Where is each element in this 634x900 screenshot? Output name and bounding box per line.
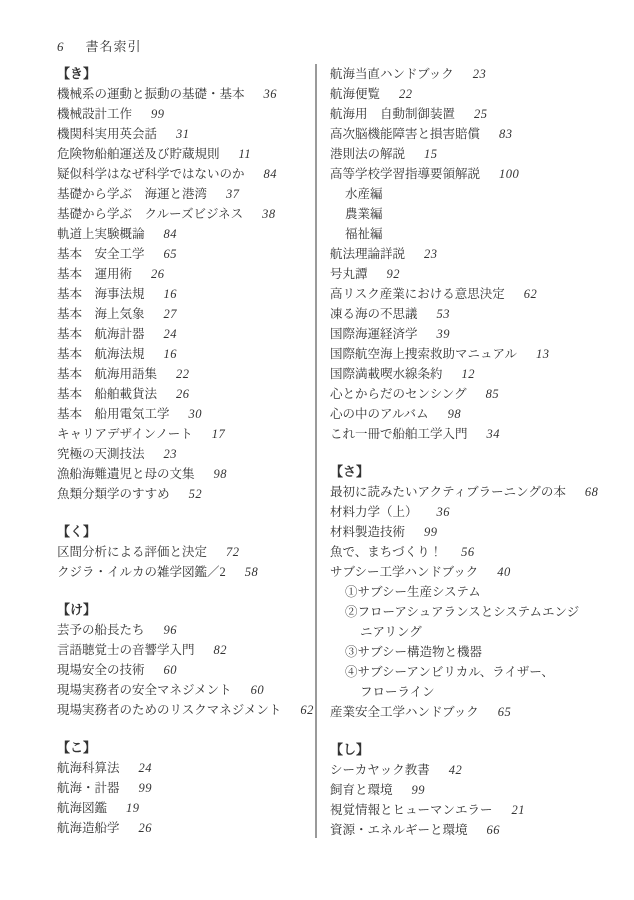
entry-title: 機械設計工作 xyxy=(57,104,132,124)
entry-page-number: 99 xyxy=(424,522,438,542)
index-entry: 疑似科学はなぜ科学ではないのか84 xyxy=(57,164,313,184)
section-heading: 【し】 xyxy=(330,740,630,760)
index-entry: これ一冊で船舶工学入門34 xyxy=(330,424,630,444)
entry-title: 軌道上実験概論 xyxy=(57,224,145,244)
entry-page-number: 58 xyxy=(245,562,259,582)
entry-title: 魚で、まちづくり！ xyxy=(330,542,442,562)
index-entry: 材料力学（上）36 xyxy=(330,502,630,522)
index-entry: 基礎から学ぶ 海運と港湾37 xyxy=(57,184,313,204)
entry-title: 資源・エネルギーと環境 xyxy=(330,820,468,840)
entry-title: 高等学校学習指導要領解説 xyxy=(330,164,480,184)
column-divider xyxy=(315,64,317,838)
index-entry: 産業安全工学ハンドブック65 xyxy=(330,702,630,722)
index-entry: 区間分析による評価と決定72 xyxy=(57,542,313,562)
entry-title: 国際満載喫水線条約 xyxy=(330,364,443,384)
entry-title: 基本 船用電気工学 xyxy=(57,404,170,424)
entry-title: これ一冊で船舶工学入門 xyxy=(330,424,468,444)
entry-title: 現場実務者のためのリスクマネジメント xyxy=(57,700,281,720)
entry-page-number: 72 xyxy=(226,542,240,562)
entry-title: 高次脳機能障害と損害賠償 xyxy=(330,124,480,144)
section-heading: 【さ】 xyxy=(330,462,630,482)
index-section: 【こ】航海科算法24航海・計器99航海図鑑19航海造船学26 xyxy=(57,738,313,838)
entry-title: 機関科実用英会話 xyxy=(57,124,157,144)
entry-title: 基本 安全工学 xyxy=(57,244,145,264)
index-entry: 最初に読みたいアクティブラーニングの本68 xyxy=(330,482,630,502)
index-entry: 現場安全の技術60 xyxy=(57,660,313,680)
index-entry: 究極の天測技法23 xyxy=(57,444,313,464)
index-entry: ④サブシーアンビリカル、ライザー、 xyxy=(330,662,630,682)
index-entry: 芸予の船長たち96 xyxy=(57,620,313,640)
entry-title: サブシー工学ハンドブック xyxy=(330,562,478,582)
entry-title: クジラ・イルカの雑学図鑑／2 xyxy=(57,562,226,582)
entry-page-number: 24 xyxy=(139,758,153,778)
entry-title: 航海・計器 xyxy=(57,778,120,798)
index-section: 【け】芸予の船長たち96言語聴覚士の音響学入門82現場安全の技術60現場実務者の… xyxy=(57,600,313,720)
index-entry: 国際航空海上捜索救助マニュアル13 xyxy=(330,344,630,364)
index-entry: 基本 航海計器24 xyxy=(57,324,313,344)
entry-page-number: 24 xyxy=(164,324,178,344)
index-column-left: 【き】機械系の運動と振動の基礎・基本36機械設計工作99機関科実用英会話31危険… xyxy=(57,64,313,838)
entry-title: 港則法の解説 xyxy=(330,144,405,164)
entry-page-number: 25 xyxy=(474,104,488,124)
entry-title: 危険物船舶運送及び貯蔵規則 xyxy=(57,144,220,164)
entry-page-number: 30 xyxy=(189,404,203,424)
entry-page-number: 68 xyxy=(585,482,599,502)
entry-page-number: 60 xyxy=(164,660,178,680)
entry-page-number: 11 xyxy=(239,144,252,164)
entry-title: 航海図鑑 xyxy=(57,798,107,818)
entry-page-number: 31 xyxy=(176,124,190,144)
index-entry: 心の中のアルバム98 xyxy=(330,404,630,424)
entry-title: 疑似科学はなぜ科学ではないのか xyxy=(57,164,245,184)
entry-title: 最初に読みたいアクティブラーニングの本 xyxy=(330,482,566,502)
index-entry: 機関科実用英会話31 xyxy=(57,124,313,144)
entry-title: キャリアデザインノート xyxy=(57,424,193,444)
entry-title: フローライン xyxy=(360,682,435,702)
index-entry: 航海便覧22 xyxy=(330,84,630,104)
index-entry: 魚類分類学のすすめ52 xyxy=(57,484,313,504)
entry-title: 航海科算法 xyxy=(57,758,120,778)
entry-title: 現場安全の技術 xyxy=(57,660,145,680)
entry-title: 福祉編 xyxy=(345,224,383,244)
entry-page-number: 23 xyxy=(473,64,487,84)
entry-page-number: 66 xyxy=(487,820,501,840)
index-entry: 航海用 自動制御装置25 xyxy=(330,104,630,124)
index-entry: 飼育と環境99 xyxy=(330,780,630,800)
index-column-right: 航海当直ハンドブック23航海便覧22航海用 自動制御装置25高次脳機能障害と損害… xyxy=(330,64,630,840)
index-entry: 資源・エネルギーと環境66 xyxy=(330,820,630,840)
index-entry: 材料製造技術99 xyxy=(330,522,630,542)
entry-title: 言語聴覚士の音響学入門 xyxy=(57,640,195,660)
entry-page-number: 13 xyxy=(536,344,550,364)
index-entry: 国際満載喫水線条約12 xyxy=(330,364,630,384)
entry-page-number: 38 xyxy=(262,204,276,224)
page-number: 6 xyxy=(57,38,64,56)
entry-title: ニアリング xyxy=(360,622,422,642)
entry-page-number: 62 xyxy=(524,284,538,304)
index-entry: 水産編 xyxy=(330,184,630,204)
entry-page-number: 65 xyxy=(498,702,512,722)
entry-page-number: 84 xyxy=(264,164,278,184)
index-entry: 航海当直ハンドブック23 xyxy=(330,64,630,84)
index-entry: 漁船海難遺児と母の文集98 xyxy=(57,464,313,484)
section-heading: 【く】 xyxy=(57,522,313,542)
index-entry: 基本 航海法規16 xyxy=(57,344,313,364)
entry-page-number: 52 xyxy=(189,484,203,504)
entry-title: 航海用 自動制御装置 xyxy=(330,104,455,124)
index-entry: 基本 運用術26 xyxy=(57,264,313,284)
index-entry: 基本 船用電気工学30 xyxy=(57,404,313,424)
entry-page-number: 37 xyxy=(226,184,240,204)
entry-title: 凍る海の不思議 xyxy=(330,304,418,324)
index-entry: 危険物船舶運送及び貯蔵規則11 xyxy=(57,144,313,164)
entry-title: 芸予の船長たち xyxy=(57,620,145,640)
index-entry: ①サブシー生産システム xyxy=(330,582,630,602)
entry-page-number: 26 xyxy=(139,818,153,838)
index-entry: シーカヤック教書42 xyxy=(330,760,630,780)
index-entry: ニアリング xyxy=(330,622,630,642)
index-entry: 現場実務者のためのリスクマネジメント62 xyxy=(57,700,313,720)
entry-page-number: 98 xyxy=(214,464,228,484)
index-section: 航海当直ハンドブック23航海便覧22航海用 自動制御装置25高次脳機能障害と損害… xyxy=(330,64,630,444)
index-entry: 機械設計工作99 xyxy=(57,104,313,124)
entry-page-number: 26 xyxy=(151,264,165,284)
entry-title: 高リスク産業における意思決定 xyxy=(330,284,505,304)
index-entry: 機械系の運動と振動の基礎・基本36 xyxy=(57,84,313,104)
entry-page-number: 36 xyxy=(264,84,278,104)
entry-title: シーカヤック教書 xyxy=(330,760,430,780)
entry-title: 心の中のアルバム xyxy=(330,404,429,424)
entry-page-number: 15 xyxy=(424,144,438,164)
entry-page-number: 22 xyxy=(176,364,190,384)
entry-title: 心とからだのセンシング xyxy=(330,384,467,404)
entry-title: 国際海運経済学 xyxy=(330,324,418,344)
index-entry: 現場実務者の安全マネジメント60 xyxy=(57,680,313,700)
entry-page-number: 23 xyxy=(424,244,438,264)
index-entry: 航海・計器99 xyxy=(57,778,313,798)
entry-title: 号丸譚 xyxy=(330,264,368,284)
entry-page-number: 53 xyxy=(437,304,451,324)
entry-title: 産業安全工学ハンドブック xyxy=(330,702,479,722)
entry-page-number: 27 xyxy=(164,304,178,324)
entry-page-number: 42 xyxy=(449,760,463,780)
section-heading: 【け】 xyxy=(57,600,313,620)
index-entry: 航海科算法24 xyxy=(57,758,313,778)
entry-title: 究極の天測技法 xyxy=(57,444,145,464)
index-section: 【さ】最初に読みたいアクティブラーニングの本68材料力学（上）36材料製造技術9… xyxy=(330,462,630,722)
index-entry: 農業編 xyxy=(330,204,630,224)
index-entry: 視覚情報とヒューマンエラー21 xyxy=(330,800,630,820)
index-entry: 航海図鑑19 xyxy=(57,798,313,818)
entry-page-number: 34 xyxy=(487,424,501,444)
index-section: 【き】機械系の運動と振動の基礎・基本36機械設計工作99機関科実用英会話31危険… xyxy=(57,64,313,504)
entry-page-number: 60 xyxy=(251,680,265,700)
index-entry: 高リスク産業における意思決定62 xyxy=(330,284,630,304)
entry-page-number: 23 xyxy=(164,444,178,464)
index-entry: サブシー工学ハンドブック40 xyxy=(330,562,630,582)
entry-title: 航法理論詳説 xyxy=(330,244,405,264)
index-entry: フローライン xyxy=(330,682,630,702)
entry-title: 基本 航海用語集 xyxy=(57,364,157,384)
index-entry: 軌道上実験概論84 xyxy=(57,224,313,244)
entry-title: 基礎から学ぶ クルーズビジネス xyxy=(57,204,243,224)
entry-page-number: 85 xyxy=(486,384,500,404)
entry-page-number: 84 xyxy=(164,224,178,244)
index-entry: 基本 船舶載貨法26 xyxy=(57,384,313,404)
page-header: 6書名索引 xyxy=(57,38,142,56)
entry-page-number: 99 xyxy=(139,778,153,798)
section-heading: 【こ】 xyxy=(57,738,313,758)
entry-page-number: 56 xyxy=(461,542,475,562)
index-entry: 航法理論詳説23 xyxy=(330,244,630,264)
entry-title: 材料製造技術 xyxy=(330,522,405,542)
index-entry: 号丸譚92 xyxy=(330,264,630,284)
entry-title: 基本 船舶載貨法 xyxy=(57,384,157,404)
entry-title: 基本 海上気象 xyxy=(57,304,145,324)
entry-title: 基礎から学ぶ 海運と港湾 xyxy=(57,184,207,204)
entry-page-number: 26 xyxy=(176,384,190,404)
entry-page-number: 65 xyxy=(164,244,178,264)
entry-title: ③サブシー構造物と機器 xyxy=(345,642,482,662)
entry-page-number: 17 xyxy=(212,424,226,444)
entry-title: 航海当直ハンドブック xyxy=(330,64,454,84)
index-entry: 港則法の解説15 xyxy=(330,144,630,164)
entry-title: 航海便覧 xyxy=(330,84,380,104)
entry-page-number: 62 xyxy=(300,700,314,720)
index-entry: ③サブシー構造物と機器 xyxy=(330,642,630,662)
entry-page-number: 98 xyxy=(448,404,462,424)
entry-title: 飼育と環境 xyxy=(330,780,393,800)
entry-title: 基本 海事法規 xyxy=(57,284,145,304)
entry-title: 魚類分類学のすすめ xyxy=(57,484,170,504)
entry-page-number: 16 xyxy=(164,284,178,304)
entry-page-number: 22 xyxy=(399,84,413,104)
index-entry: キャリアデザインノート17 xyxy=(57,424,313,444)
index-entry: 基本 安全工学65 xyxy=(57,244,313,264)
entry-page-number: 19 xyxy=(126,798,140,818)
index-entry: 心とからだのセンシング85 xyxy=(330,384,630,404)
entry-title: 現場実務者の安全マネジメント xyxy=(57,680,232,700)
index-entry: クジラ・イルカの雑学図鑑／258 xyxy=(57,562,313,582)
entry-title: 国際航空海上捜索救助マニュアル xyxy=(330,344,517,364)
entry-title: 視覚情報とヒューマンエラー xyxy=(330,800,493,820)
entry-title: ①サブシー生産システム xyxy=(345,582,481,602)
index-entry: 航海造船学26 xyxy=(57,818,313,838)
index-entry: 高次脳機能障害と損害賠償83 xyxy=(330,124,630,144)
index-entry: ②フローアシュアランスとシステムエンジ xyxy=(330,602,630,622)
index-entry: 魚で、まちづくり！56 xyxy=(330,542,630,562)
index-entry: 凍る海の不思議53 xyxy=(330,304,630,324)
index-entry: 基礎から学ぶ クルーズビジネス38 xyxy=(57,204,313,224)
index-entry: 高等学校学習指導要領解説100 xyxy=(330,164,630,184)
entry-title: 漁船海難遺児と母の文集 xyxy=(57,464,195,484)
page-header-title: 書名索引 xyxy=(86,38,142,56)
entry-page-number: 83 xyxy=(499,124,513,144)
entry-page-number: 100 xyxy=(499,164,519,184)
entry-page-number: 16 xyxy=(164,344,178,364)
index-section: 【く】区間分析による評価と決定72クジラ・イルカの雑学図鑑／258 xyxy=(57,522,313,582)
entry-title: 材料力学（上） xyxy=(330,502,418,522)
entry-page-number: 92 xyxy=(387,264,401,284)
entry-title: 航海造船学 xyxy=(57,818,120,838)
entry-page-number: 36 xyxy=(437,502,451,522)
entry-page-number: 12 xyxy=(462,364,476,384)
entry-title: ②フローアシュアランスとシステムエンジ xyxy=(345,602,579,622)
entry-page-number: 96 xyxy=(164,620,178,640)
index-entry: 基本 海上気象27 xyxy=(57,304,313,324)
entry-page-number: 99 xyxy=(412,780,426,800)
index-entry: 福祉編 xyxy=(330,224,630,244)
entry-title: 機械系の運動と振動の基礎・基本 xyxy=(57,84,245,104)
entry-title: ④サブシーアンビリカル、ライザー、 xyxy=(345,662,554,682)
entry-page-number: 40 xyxy=(497,562,511,582)
index-page: 6書名索引 【き】機械系の運動と振動の基礎・基本36機械設計工作99機関科実用英… xyxy=(0,0,634,900)
entry-page-number: 39 xyxy=(437,324,451,344)
index-entry: 基本 航海用語集22 xyxy=(57,364,313,384)
entry-title: 水産編 xyxy=(345,184,383,204)
entry-title: 基本 運用術 xyxy=(57,264,132,284)
index-entry: 基本 海事法規16 xyxy=(57,284,313,304)
entry-page-number: 99 xyxy=(151,104,165,124)
entry-page-number: 82 xyxy=(214,640,228,660)
entry-title: 農業編 xyxy=(345,204,383,224)
index-section: 【し】シーカヤック教書42飼育と環境99視覚情報とヒューマンエラー21資源・エネ… xyxy=(330,740,630,840)
entry-page-number: 21 xyxy=(512,800,526,820)
entry-title: 区間分析による評価と決定 xyxy=(57,542,207,562)
entry-title: 基本 航海計器 xyxy=(57,324,145,344)
index-entry: 言語聴覚士の音響学入門82 xyxy=(57,640,313,660)
section-heading: 【き】 xyxy=(57,64,313,84)
entry-title: 基本 航海法規 xyxy=(57,344,145,364)
index-entry: 国際海運経済学39 xyxy=(330,324,630,344)
